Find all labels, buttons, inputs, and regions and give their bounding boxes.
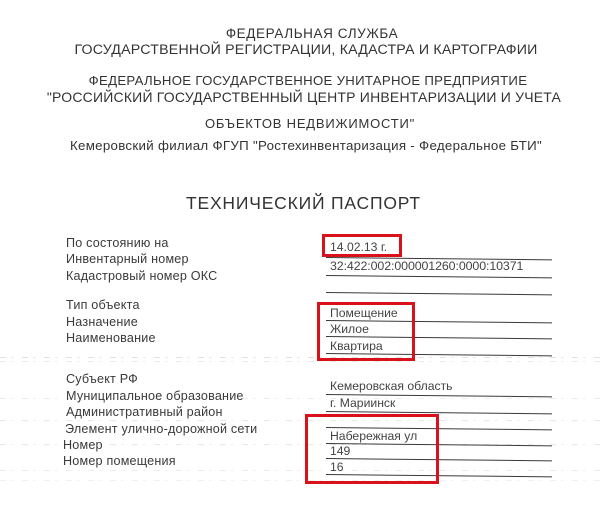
label-as-of: По состоянию на	[66, 236, 169, 250]
label-cadastral-number: Кадастровый номер ОКС	[66, 269, 217, 283]
highlight-box-object	[317, 302, 415, 361]
document-title: ТЕХНИЧЕСКИЙ ПАСПОРТ	[186, 193, 421, 214]
label-number: Номер	[63, 438, 103, 452]
value-municipality: г. Мариинск	[330, 396, 395, 410]
label-name: Наименование	[66, 331, 156, 345]
header-line-2: ГОСУДАРСТВЕННОЙ РЕГИСТРАЦИИ, КАДАСТРА И …	[4, 42, 604, 58]
header-line-5: ОБЪЕКТОВ НЕДВИЖИМОСТИ"	[8, 116, 604, 131]
value-subject: Кемеровская область	[330, 379, 453, 393]
label-district: Административный район	[66, 405, 223, 419]
label-inventory-number: Инвентарный номер	[66, 252, 189, 266]
highlight-box-date	[322, 234, 402, 257]
underline-inventory-number	[326, 275, 552, 278]
label-street: Элемент улично-дорожной сети	[65, 422, 257, 436]
header-line-3: ФЕДЕРАЛЬНОЕ ГОСУДАРСТВЕННОЕ УНИТАРНОЕ ПР…	[6, 73, 604, 88]
header-line-1: ФЕДЕРАЛЬНАЯ СЛУЖБА	[10, 26, 604, 41]
header-line-6: Кемеровский филиал ФГУП "Ростехинвентари…	[4, 138, 604, 153]
label-municipality: Муниципальное образование	[66, 389, 244, 403]
underline-cadastral-number	[326, 292, 552, 295]
scan-noise	[0, 420, 604, 421]
value-inventory-number: 32:422:002:000001260:0000:10371	[330, 259, 523, 273]
label-room-number: Номер помещения	[63, 454, 176, 468]
scan-noise	[0, 480, 604, 481]
label-purpose: Назначение	[66, 315, 138, 329]
label-subject: Субъект РФ	[66, 372, 138, 386]
highlight-box-address	[305, 414, 439, 484]
header-line-4: "РОССИЙСКИЙ ГОСУДАРСТВЕННЫЙ ЦЕНТР ИНВЕНТ…	[2, 89, 604, 105]
scan-noise	[0, 470, 604, 471]
technical-passport-document: ФЕДЕРАЛЬНАЯ СЛУЖБА ГОСУДАРСТВЕННОЙ РЕГИС…	[0, 0, 604, 512]
scan-noise	[0, 357, 604, 358]
label-object-type: Тип объекта	[66, 298, 140, 312]
scan-noise	[0, 361, 604, 362]
